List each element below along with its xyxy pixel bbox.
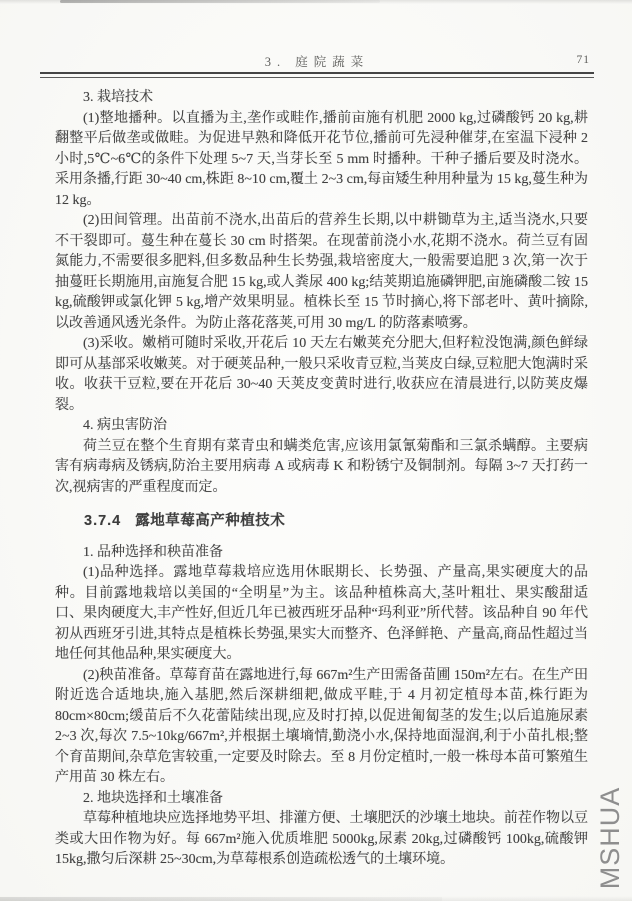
body-paragraph-variety: (1)品种选择。露地草莓栽培应选用休眠期长、长势强、产量高,果实硬度大的品种。目… [55,563,588,666]
scan-artifact-top [60,0,380,3]
subsection-heading-variety-selection: 1. 品种选择和秧苗准备 [55,543,588,564]
page-number: 71 [577,54,591,66]
section-title: 露地草莓高产种植技术 [135,513,285,529]
scan-artifact-bottom [0,897,442,901]
page-body: 3. 栽培技术 (1)整地播种。以直播为主,垄作或畦作,播前亩施有机肥 2000… [55,88,588,871]
subsection-heading-cultivation: 3. 栽培技术 [55,88,588,109]
watermark-text: MSHUA [595,782,627,894]
running-head: 3. 庭院蔬菜 71 [40,52,594,70]
section-number: 3.7.4 [84,513,121,529]
body-paragraph-soil-prep: 草莓种植地块应选择地势平坦、排灌方便、土壤肥沃的沙壤土地块。前茬作物以豆类或大田… [55,809,588,871]
subsection-heading-pest-control: 4. 病虫害防治 [55,416,588,437]
body-paragraph-field-management: (2)田间管理。出苗前不浇水,出苗后的营养生长期,以中耕锄草为主,适当浇水,只要… [55,211,588,334]
header-rule [40,72,594,78]
section-heading-3-7-4: 3.7.4露地草莓高产种植技术 [55,511,588,532]
body-paragraph-sowing: (1)整地播种。以直播为主,垄作或畦作,播前亩施有机肥 2000 kg,过磷酸钙… [55,109,588,212]
body-paragraph-harvest: (3)采收。嫩梢可随时采收,开花后 10 天左右嫩荚充分肥大,但籽粒没饱满,颜色… [55,334,588,416]
book-page: 3. 庭院蔬菜 71 3. 栽培技术 (1)整地播种。以直播为主,垄作或畦作,播… [0,0,632,901]
body-paragraph-pest-control: 荷兰豆在整个生育期有菜青虫和螨类危害,应该用氯氰菊酯和三氯杀螨醇。主要病害有病毒… [55,437,588,499]
subsection-heading-plot-selection: 2. 地块选择和土壤准备 [55,789,588,810]
body-paragraph-seedling-prep: (2)秧苗准备。草莓育苗在露地进行,每 667m²生产田需备苗圃 150m²左右… [55,666,588,789]
chapter-title: 3. 庭院蔬菜 [40,52,594,70]
